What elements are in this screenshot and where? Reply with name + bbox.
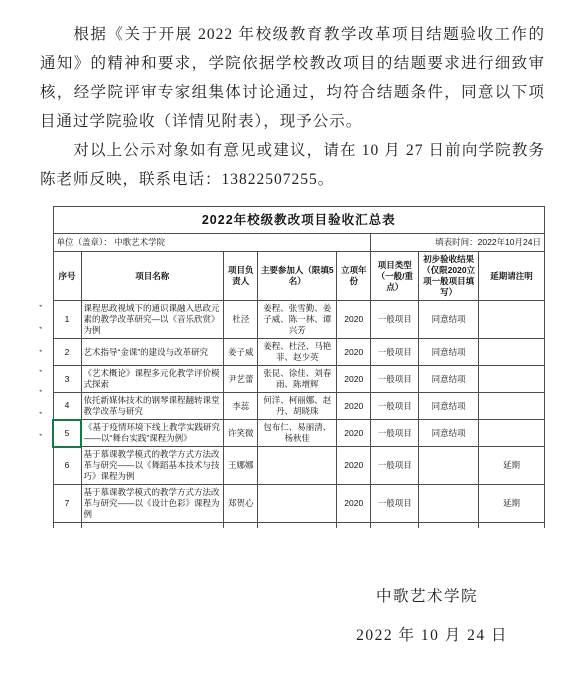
cell-type: 一般项目 [371, 366, 419, 393]
signature-block: 中歌艺术学院 2022 年 10 月 24 日 [0, 582, 586, 650]
fill-time-cell: 填表时间：2022年10月24日 [371, 234, 545, 252]
project-table: 2022年校级教改项目验收汇总表 单位（盖章）： 中歌艺术学院 填表时间：202… [52, 206, 545, 528]
cell-participants: 何洋、柯丽娜、赵丹、胡晓珠 [258, 393, 337, 420]
cell-type: 一般项目 [371, 420, 419, 447]
table-title: 2022年校级教改项目验收汇总表 [53, 207, 545, 234]
cell-no: 2 [53, 339, 81, 366]
cell-no: 4 [53, 393, 81, 420]
cell-year: 2020 [337, 301, 371, 339]
table-row: 5 《基于疫情环境下线上教学实践研究——以“舞台实践”课程为例》 许笑微 包布仁… [53, 420, 545, 447]
cell-no: 3 [53, 366, 81, 393]
cell-type: 一般项目 [371, 339, 419, 366]
cell-result: 同意结项 [419, 420, 479, 447]
table-title-row: 2022年校级教改项目验收汇总表 [53, 207, 545, 234]
col-header-participants: 主要参加人（限填5名） [258, 252, 337, 301]
col-header-delay: 延期请注明 [479, 252, 545, 301]
cell-year: 2020 [337, 420, 371, 447]
cell-participants: 姜程、杜泾、马艳菲、赵少英 [258, 339, 337, 366]
cell-leader: 李蕊 [224, 393, 258, 420]
cell-project-name: 《艺术概论》课程多元化教学评价模式探索 [81, 366, 224, 393]
table-row: 3 《艺术概论》课程多元化教学评价模式探索 尹艺蕾 张昆、徐佳、刘春雨、陈增辉 … [53, 366, 545, 393]
cell-project-name: 依托新媒体技术的钢琴课程翻转课堂教学改革与研究 [81, 393, 224, 420]
row-anchor-mark: ◂ [39, 327, 44, 331]
cell-delay [479, 339, 545, 366]
cell-delay [479, 301, 545, 339]
cell-no: 5 [53, 420, 81, 447]
cell-year: 2020 [337, 339, 371, 366]
cell-no: 1 [53, 301, 81, 339]
unit-seal-cell: 单位（盖章）： 中歌艺术学院 [53, 234, 371, 252]
cell-participants: 姜程、张雪勤、姜子威、陈一林、谭兴芳 [258, 301, 337, 339]
row-anchor-mark: ◂ [39, 370, 44, 374]
cell-result: 同意结项 [419, 393, 479, 420]
cell-leader: 尹艺蕾 [224, 366, 258, 393]
col-header-no: 序号 [53, 252, 81, 301]
cell-year: 2020 [337, 485, 371, 523]
row-anchor-mark: ◂ [39, 305, 44, 309]
col-header-type: 项目类型（一般/重点） [371, 252, 419, 301]
table-row: 6 基于慕课教学模式的教学方式方法改革与研究——以《舞蹈基本技术与技巧》课程为例… [53, 447, 545, 485]
table-body: 1 课程思政视域下的通识课融入思政元素的教学改革研究—以《音乐欣赏》为例 杜泾 … [53, 301, 545, 523]
cell-result: 同意结项 [419, 339, 479, 366]
cell-leader: 杜泾 [224, 301, 258, 339]
col-header-year: 立项年份 [337, 252, 371, 301]
cell-year: 2020 [337, 447, 371, 485]
cell-participants [258, 485, 337, 523]
signature-date: 2022 年 10 月 24 日 [0, 621, 586, 650]
document-page: 根据《关于开展 2022 年校级教育教学改革项目结题验收工作的通知》的精神和要求… [0, 0, 586, 674]
cell-type: 一般项目 [371, 301, 419, 339]
table-row: 4 依托新媒体技术的钢琴课程翻转课堂教学改革与研究 李蕊 何洋、柯丽娜、赵丹、胡… [53, 393, 545, 420]
col-header-project-name: 项目名称 [81, 252, 224, 301]
cell-participants: 包布仁、易丽清、杨秋佳 [258, 420, 337, 447]
cell-delay [479, 420, 545, 447]
row-anchor-mark: ◂ [39, 412, 44, 416]
col-header-leader: 项目负责人 [224, 252, 258, 301]
cell-delay [479, 393, 545, 420]
cell-leader: 郑贺心 [224, 485, 258, 523]
cell-project-name: 艺术指导“金课”的建设与改革研究 [81, 339, 224, 366]
row-anchor-mark: ◂ [39, 434, 44, 438]
cell-result: 同意结项 [419, 366, 479, 393]
cell-project-name: 基于慕课教学模式的教学方式方法改革与研究——以《设计色彩》课程为例 [81, 485, 224, 523]
cell-project-name: 课程思政视域下的通识课融入思政元素的教学改革研究—以《音乐欣赏》为例 [81, 301, 224, 339]
notice-paragraph-2: 对以上公示对象如有意见或建议，请在 10 月 27 日前向学院教务陈老师反映，联… [0, 136, 586, 194]
cell-year: 2020 [337, 393, 371, 420]
cell-delay: 延期 [479, 447, 545, 485]
cell-leader: 姜子威 [224, 339, 258, 366]
cell-delay: 延期 [479, 485, 545, 523]
table-row: 1 课程思政视域下的通识课融入思政元素的教学改革研究—以《音乐欣赏》为例 杜泾 … [53, 301, 545, 339]
cell-no: 7 [53, 485, 81, 523]
signature-organization: 中歌艺术学院 [0, 582, 586, 611]
table-meta-row: 单位（盖章）： 中歌艺术学院 填表时间：2022年10月24日 [53, 234, 545, 252]
row-anchor-mark: ◂ [39, 350, 44, 354]
acceptance-summary-table: ◂ ◂ ◂ ◂ ◂ ◂ ◂ 2022年校级教改项目验收汇总表 单位（盖章）： 中… [52, 206, 545, 528]
row-anchor-mark: ◂ [39, 390, 44, 394]
cell-result [419, 447, 479, 485]
table-cutoff-stub-row [53, 523, 545, 529]
cell-type: 一般项目 [371, 485, 419, 523]
table-header-row: 序号 项目名称 项目负责人 主要参加人（限填5名） 立项年份 项目类型（一般/重… [53, 252, 545, 301]
notice-paragraph-1: 根据《关于开展 2022 年校级教育教学改革项目结题验收工作的通知》的精神和要求… [0, 0, 586, 136]
col-header-result: 初步验收结果（仅限2020立项一般项目填写） [419, 252, 479, 301]
cell-project-name: 《基于疫情环境下线上教学实践研究——以“舞台实践”课程为例》 [81, 420, 224, 447]
table-row: 7 基于慕课教学模式的教学方式方法改革与研究——以《设计色彩》课程为例 郑贺心 … [53, 485, 545, 523]
cell-delay [479, 366, 545, 393]
cell-result [419, 485, 479, 523]
cell-type: 一般项目 [371, 393, 419, 420]
cell-result: 同意结项 [419, 301, 479, 339]
cell-no: 6 [53, 447, 81, 485]
cell-leader: 许笑微 [224, 420, 258, 447]
table-row: 2 艺术指导“金课”的建设与改革研究 姜子威 姜程、杜泾、马艳菲、赵少英 202… [53, 339, 545, 366]
cell-participants: 张昆、徐佳、刘春雨、陈增辉 [258, 366, 337, 393]
cell-project-name: 基于慕课教学模式的教学方式方法改革与研究——以《舞蹈基本技术与技巧》课程为例 [81, 447, 224, 485]
cell-year: 2020 [337, 366, 371, 393]
cell-leader: 王娜娜 [224, 447, 258, 485]
cell-participants [258, 447, 337, 485]
cell-type: 一般项目 [371, 447, 419, 485]
